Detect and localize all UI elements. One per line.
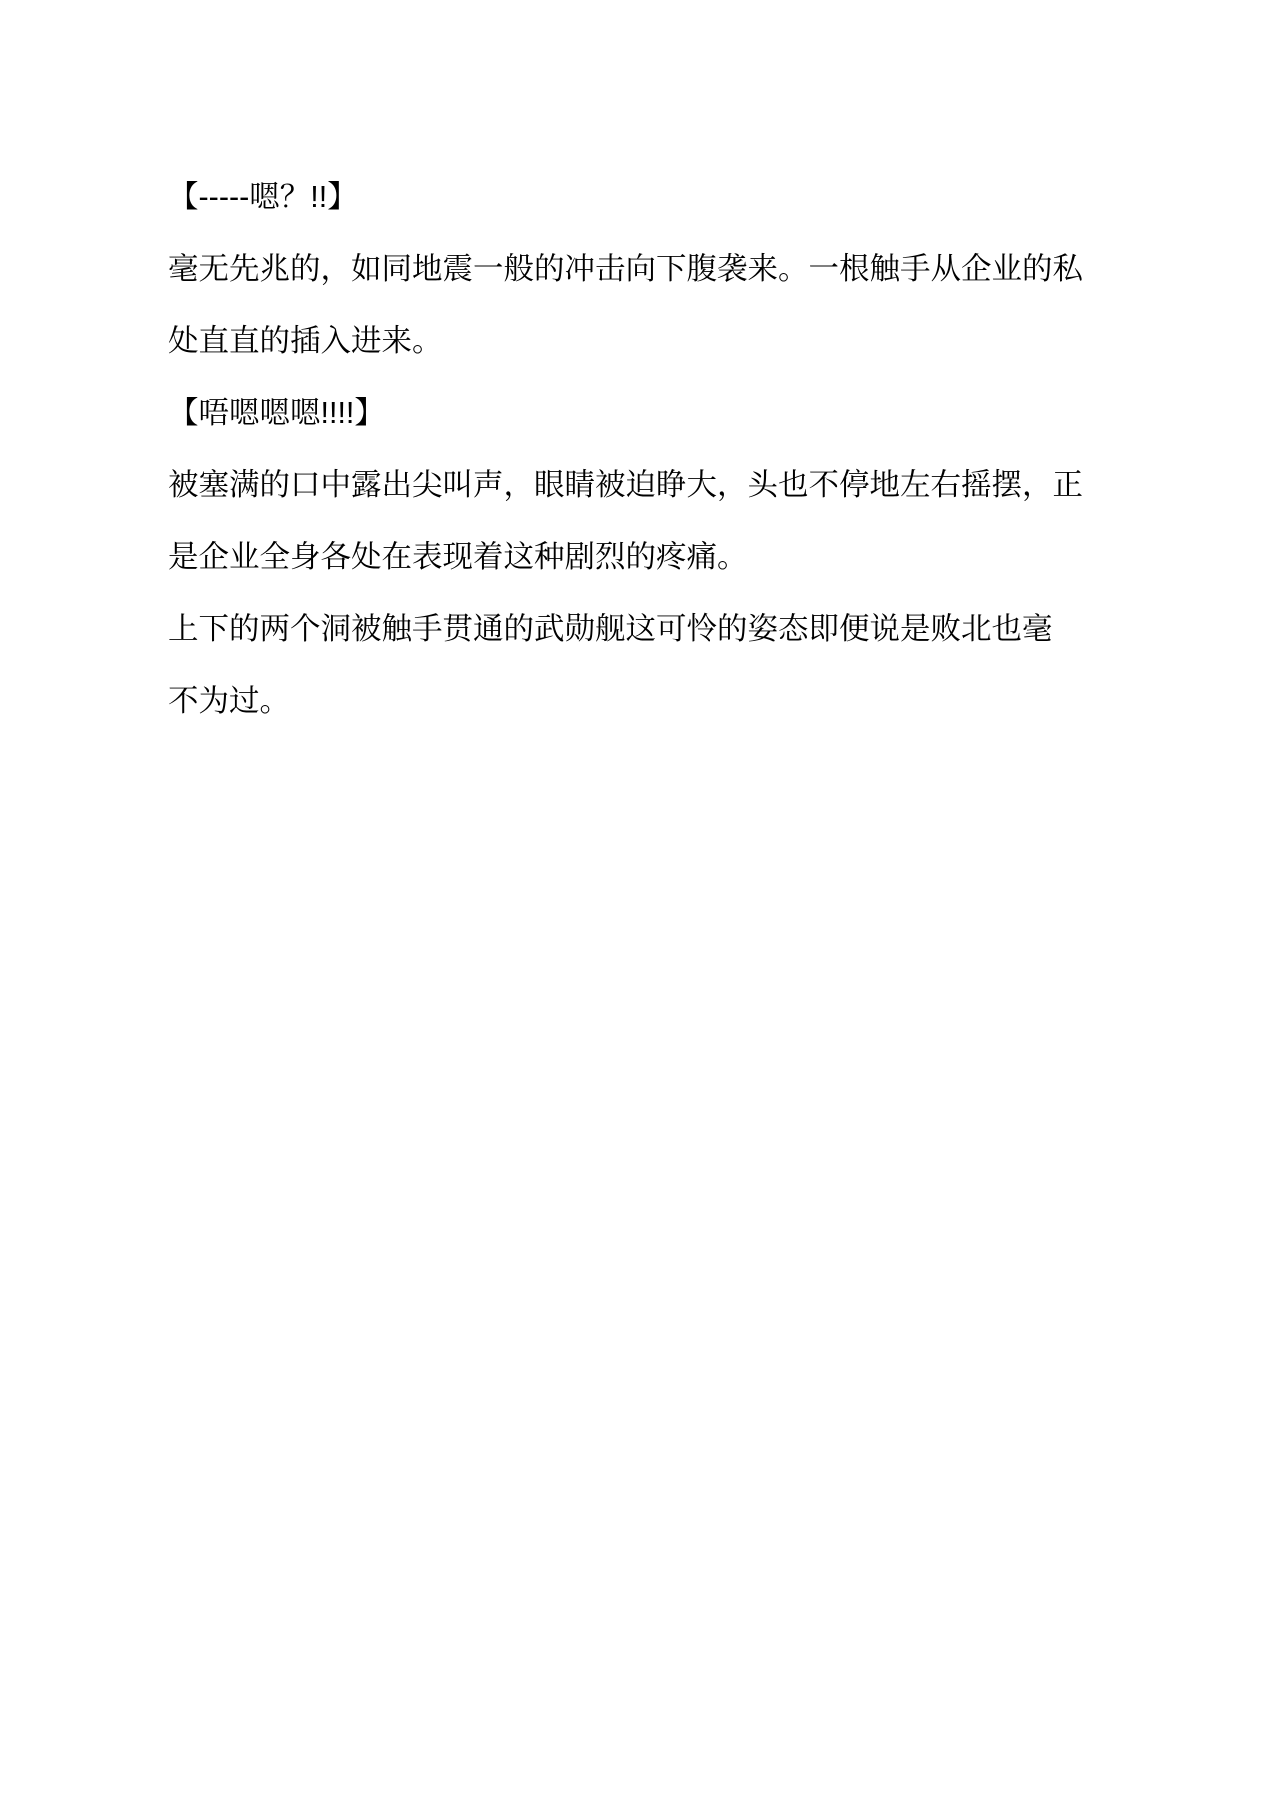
text-line-8: 不为过。 xyxy=(168,665,1118,737)
text-line-6: 是企业全身各处在表现着这种剧烈的疼痛。 xyxy=(168,521,1118,593)
document-page: 【-----嗯？!!】 毫无先兆的，如同地震一般的冲击向下腹袭来。一根触手从企业… xyxy=(0,0,1280,1810)
text-line-2: 毫无先兆的，如同地震一般的冲击向下腹袭来。一根触手从企业的私 xyxy=(168,233,1118,305)
text-line-3: 处直直的插入进来。 xyxy=(168,305,1118,377)
text-line-4: 【唔嗯嗯嗯!!!!】 xyxy=(168,377,1118,449)
text-line-1: 【-----嗯？!!】 xyxy=(168,161,1118,233)
text-line-5: 被塞满的口中露出尖叫声，眼睛被迫睁大，头也不停地左右摇摆，正 xyxy=(168,449,1118,521)
text-block: 【-----嗯？!!】 毫无先兆的，如同地震一般的冲击向下腹袭来。一根触手从企业… xyxy=(168,161,1118,737)
text-line-7: 上下的两个洞被触手贯通的武勋舰这可怜的姿态即便说是败北也毫 xyxy=(168,593,1118,665)
